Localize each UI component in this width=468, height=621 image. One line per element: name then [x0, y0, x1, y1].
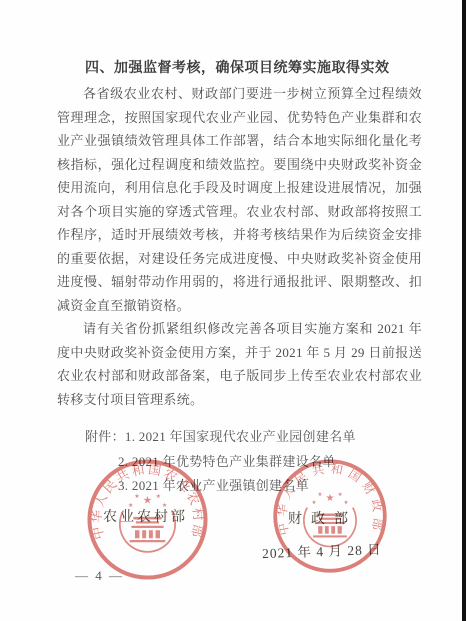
star-icon: ★: [317, 492, 322, 498]
star-icon: ★: [325, 493, 334, 504]
agriculture-ministry-seal: 中华人民共和国农业农村部 ★ ★ ★ ★ ★: [85, 457, 210, 582]
paragraph: 请有关省份抓紧组织修改完善各项目实施方案和 2021 年度中央财政奖补资金使用方…: [57, 317, 422, 411]
star-icon: ★: [134, 493, 139, 500]
star-icon: ★: [344, 500, 349, 506]
attachments-label: 附件：: [85, 425, 125, 450]
scanned-document-page: 四、加强监督考核，确保项目统筹实施取得实效 各省级农业农村、财政部门要进一步树立…: [0, 0, 468, 621]
scan-artifact-line: [462, 0, 466, 621]
document-body: 四、加强监督考核，确保项目统筹实施取得实效 各省级农业农村、财政部门要进一步树立…: [57, 56, 422, 499]
star-icon: ★: [162, 502, 167, 509]
page-number: — 4 —: [75, 568, 124, 584]
star-icon: ★: [128, 502, 133, 509]
finance-ministry-seal: 中华人民共和国财政部 ★ ★ ★ ★ ★: [271, 457, 389, 575]
star-icon: ★: [338, 492, 343, 498]
attachment-item: 1. 2021 年国家现代农业产业园创建名单: [125, 429, 356, 444]
section-heading: 四、加强监督考核，确保项目统筹实施取得实效: [57, 56, 422, 78]
star-icon: ★: [312, 500, 317, 506]
national-emblem-icon: ★ ★ ★ ★ ★: [120, 493, 175, 552]
star-icon: ★: [143, 494, 153, 506]
paragraph: 各省级农业农村、财政部门要进一步树立预算全过程绩效管理理念，按照国家现代农业产业…: [57, 82, 422, 317]
national-emblem-icon: ★ ★ ★ ★ ★: [304, 492, 356, 547]
star-icon: ★: [156, 493, 161, 500]
